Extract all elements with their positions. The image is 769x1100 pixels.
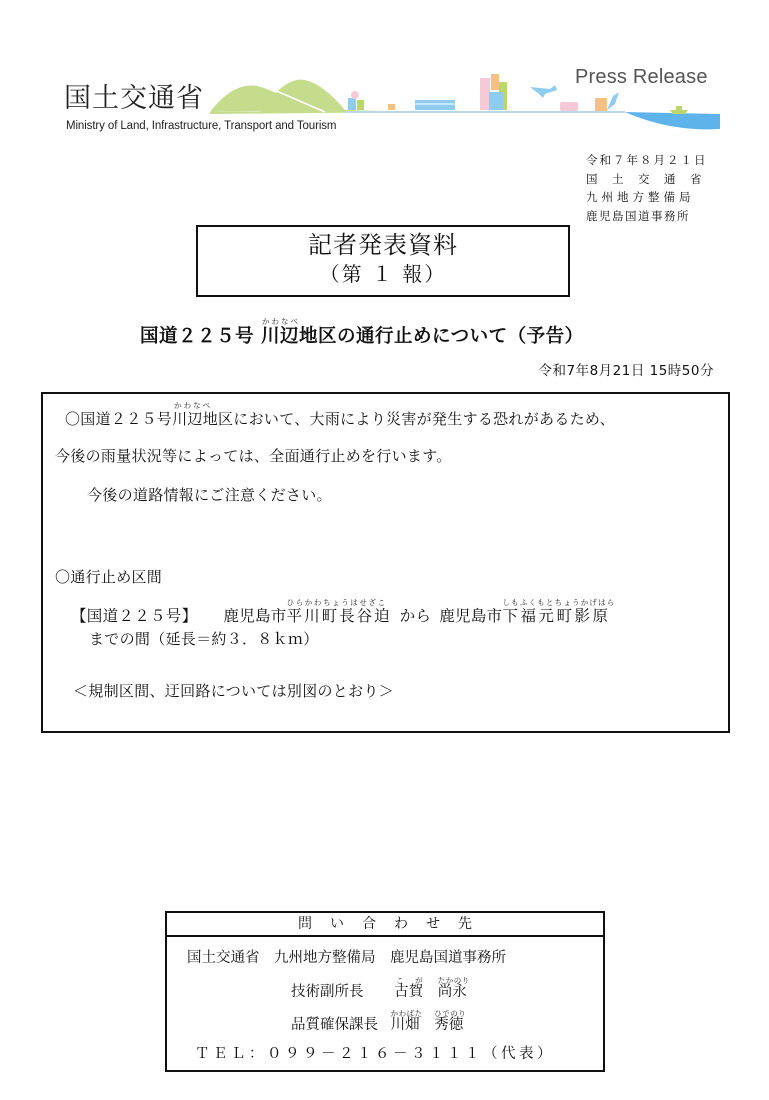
issuer-bureau: 九州地方整備局 bbox=[586, 188, 716, 207]
paragraph-1-place: 川辺 bbox=[172, 410, 203, 428]
paragraph-2: 今後の雨量状況等によっては、全面通行止めを行います。 bbox=[55, 445, 452, 466]
to-town-wrap: しもふくもとちょうかげはら下福元町影原 bbox=[502, 607, 610, 625]
headline-place-ruby: かわなべ bbox=[262, 316, 300, 327]
contact-organization: 国土交通省 九州地方整備局 鹿児島国道事務所 bbox=[187, 946, 506, 967]
contact-person-1-given: 尚永 bbox=[438, 984, 467, 1000]
contact-box: 問い合わせ先 国土交通省 九州地方整備局 鹿児島国道事務所 技術副所長 こ が古… bbox=[165, 911, 605, 1072]
to-town: 下福元町影原 bbox=[502, 607, 610, 625]
contact-person-2-given: 秀徳 bbox=[434, 1017, 463, 1033]
contact-person-1-given-wrap: たかのり尚永 bbox=[438, 984, 467, 1000]
contact-person-2-given-ruby: ひでのり bbox=[434, 1008, 466, 1019]
press-material-title-box: 記者発表資料 （第 １ 報） bbox=[196, 225, 570, 297]
headline-prefix: 国道２２５号 bbox=[140, 326, 261, 347]
contact-person-1-title: 技術副所長 bbox=[291, 984, 364, 1000]
detour-note: ＜規制区間、迂回路については別図のとおり＞ bbox=[73, 680, 394, 701]
contact-heading: 問い合わせ先 bbox=[167, 913, 603, 937]
paragraph-1: 〇国道２２５号かわなべ川辺地区において、大雨により災害が発生する恐れがあるため、 bbox=[65, 408, 615, 429]
issuer-office: 鹿児島国道事務所 bbox=[586, 207, 716, 226]
headline-place: 川辺 bbox=[261, 326, 299, 347]
from-city: 鹿児島市 bbox=[223, 607, 286, 625]
contact-person-1: 技術副所長 こ が古賀 たかのり尚永 bbox=[291, 980, 467, 1001]
headline-suffix: 地区の通行止めについて（予告） bbox=[299, 326, 584, 347]
paragraph-3: 今後の道路情報にご注意ください。 bbox=[87, 484, 332, 505]
contact-person-2: 品質確保課長 かわばた川畑 ひでのり秀徳 bbox=[291, 1013, 463, 1034]
from-town-ruby: ひらかわちょうはせざこ bbox=[287, 597, 387, 608]
issuer-ministry: 国土交通省 bbox=[586, 170, 716, 189]
to-city: 鹿児島市 bbox=[439, 607, 502, 625]
contact-person-2-given-wrap: ひでのり秀徳 bbox=[434, 1017, 463, 1033]
contact-person-1-given-ruby: たかのり bbox=[438, 975, 470, 986]
contact-person-2-title: 品質確保課長 bbox=[291, 1017, 378, 1033]
issuer-block: 令和７年８月２１日 国土交通省 九州地方整備局 鹿児島国道事務所 bbox=[586, 151, 716, 225]
paragraph-1-ruby: かわなべ bbox=[174, 400, 212, 411]
contact-telephone: ＴＥＬ：０９９－２１６－３１１１（代表） bbox=[195, 1042, 555, 1063]
contact-person-2-family-ruby: かわばた bbox=[391, 1008, 423, 1019]
closure-length: までの間（延長＝約３．８ｋｍ） bbox=[89, 628, 319, 649]
closure-route-line: 【国道２２５号】鹿児島市ひらかわちょうはせざこ平川町長谷迫から鹿児島市しもふくも… bbox=[71, 604, 610, 626]
city-landscape-illustration bbox=[205, 74, 720, 136]
edition-number: （第 １ 報） bbox=[198, 260, 568, 288]
route-label: 【国道２２５号】 bbox=[71, 607, 197, 625]
closure-section-heading: 〇通行止め区間 bbox=[55, 566, 162, 587]
publish-timestamp: 令和7年8月21日 15時50分 bbox=[538, 359, 714, 379]
ministry-logo-jp: 国土交通省 bbox=[64, 85, 204, 112]
to-town-ruby: しもふくもとちょうかげはら bbox=[502, 597, 615, 608]
contact-person-2-family-wrap: かわばた川畑 bbox=[391, 1017, 420, 1033]
contact-person-2-family: 川畑 bbox=[391, 1017, 420, 1033]
contact-person-1-family-ruby: こ が bbox=[396, 975, 425, 986]
headline: 国道２２５号 かわなべ川辺地区の通行止めについて（予告） bbox=[140, 322, 584, 348]
paragraph-1-text: 地区において、大雨により災害が発生する恐れがあるため、 bbox=[203, 410, 615, 428]
headline-place-wrap: かわなべ川辺 bbox=[261, 326, 299, 347]
from-word: から bbox=[400, 607, 432, 625]
contact-person-1-family-wrap: こ が古賀 bbox=[394, 984, 423, 1000]
issue-date: 令和７年８月２１日 bbox=[586, 151, 716, 170]
paragraph-1-prefix: 〇国道２２５号 bbox=[65, 410, 172, 428]
contact-person-1-family: 古賀 bbox=[394, 984, 423, 1000]
notice-body-box: 〇国道２２５号かわなべ川辺地区において、大雨により災害が発生する恐れがあるため、… bbox=[41, 392, 730, 733]
from-town-wrap: ひらかわちょうはせざこ平川町長谷迫 bbox=[287, 607, 392, 625]
press-material-title: 記者発表資料 bbox=[198, 230, 568, 260]
paragraph-1-place-wrap: かわなべ川辺 bbox=[172, 410, 203, 428]
from-town: 平川町長谷迫 bbox=[287, 607, 392, 625]
